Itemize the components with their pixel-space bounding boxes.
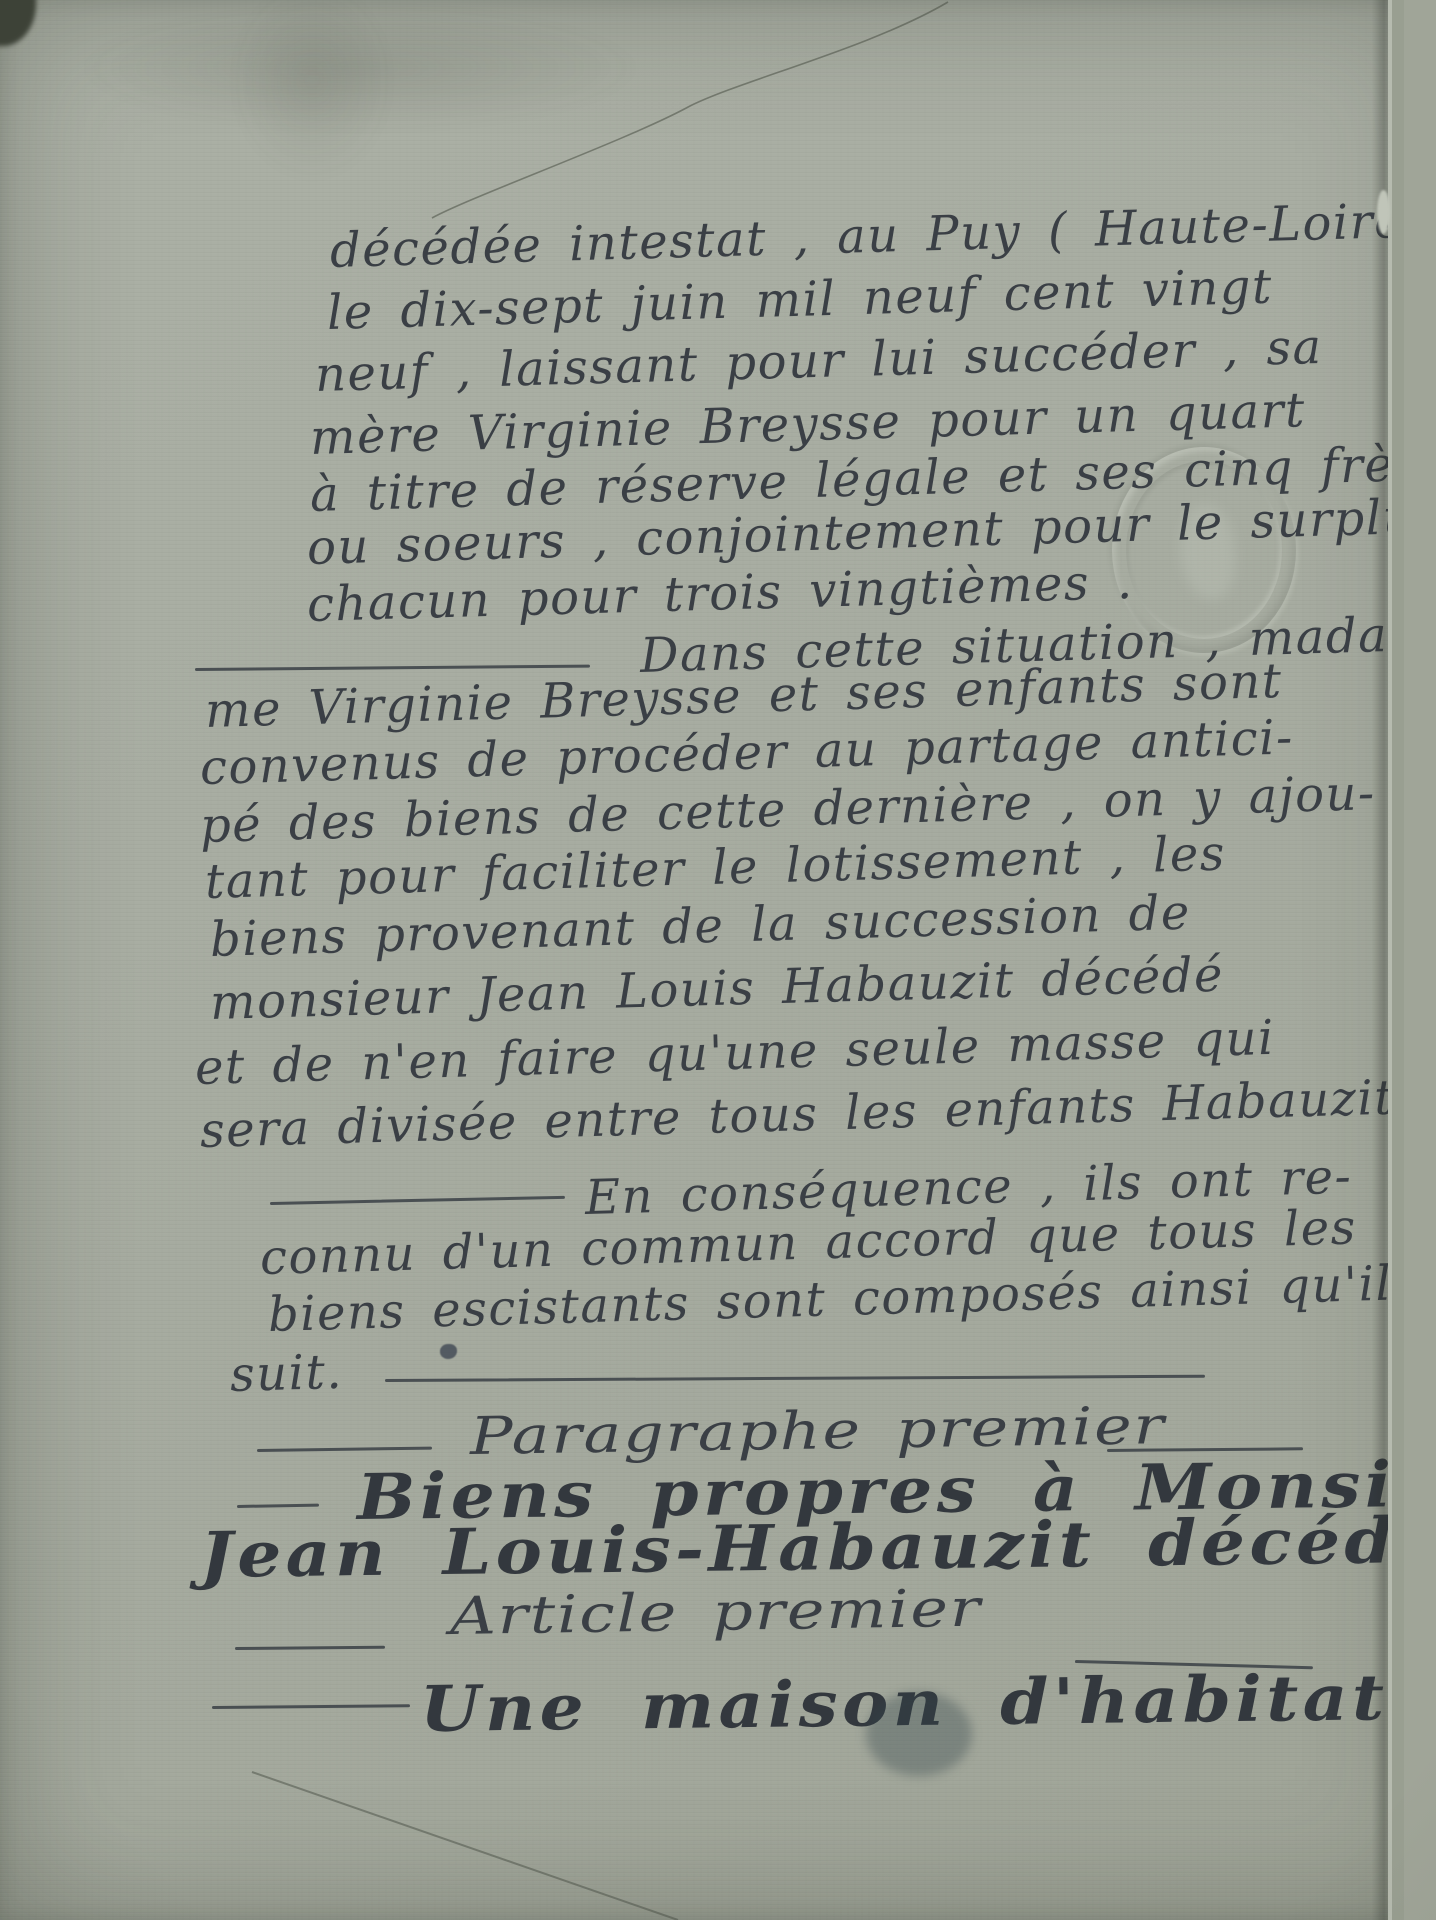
handwritten-rule <box>257 1447 432 1452</box>
ink-blot <box>440 1344 457 1359</box>
ink-smudge <box>866 1692 972 1776</box>
dark-corner-spot <box>0 0 36 46</box>
top-pencil-crease-line <box>432 2 948 218</box>
handwritten-heading-article-premier: Article premier <box>450 1583 983 1643</box>
ink-bleedthrough-shadow <box>80 6 640 130</box>
bottom-pencil-crease-line <box>252 1772 678 1920</box>
handwritten-rule <box>235 1646 385 1650</box>
handwritten-rule <box>212 1704 410 1708</box>
page-fold-shadow <box>1372 0 1388 1920</box>
handwritten-rule <box>195 665 590 671</box>
ink-bleedthrough-shadow <box>232 0 392 180</box>
handwritten-rule <box>270 1196 565 1205</box>
page-right-edge <box>1388 0 1436 1920</box>
edge-tear-notch <box>1377 190 1390 234</box>
handwritten-heading-jean-louis-habauzit: Jean Louis-Habauzit décédé <box>200 1509 1436 1587</box>
handwritten-rule <box>385 1375 1205 1382</box>
handwritten-line-20: suit. <box>229 1348 343 1399</box>
handwritten-rule <box>237 1504 319 1508</box>
manuscript-page: décédée intestat , au Puy ( Haute-Loire)… <box>0 0 1436 1920</box>
